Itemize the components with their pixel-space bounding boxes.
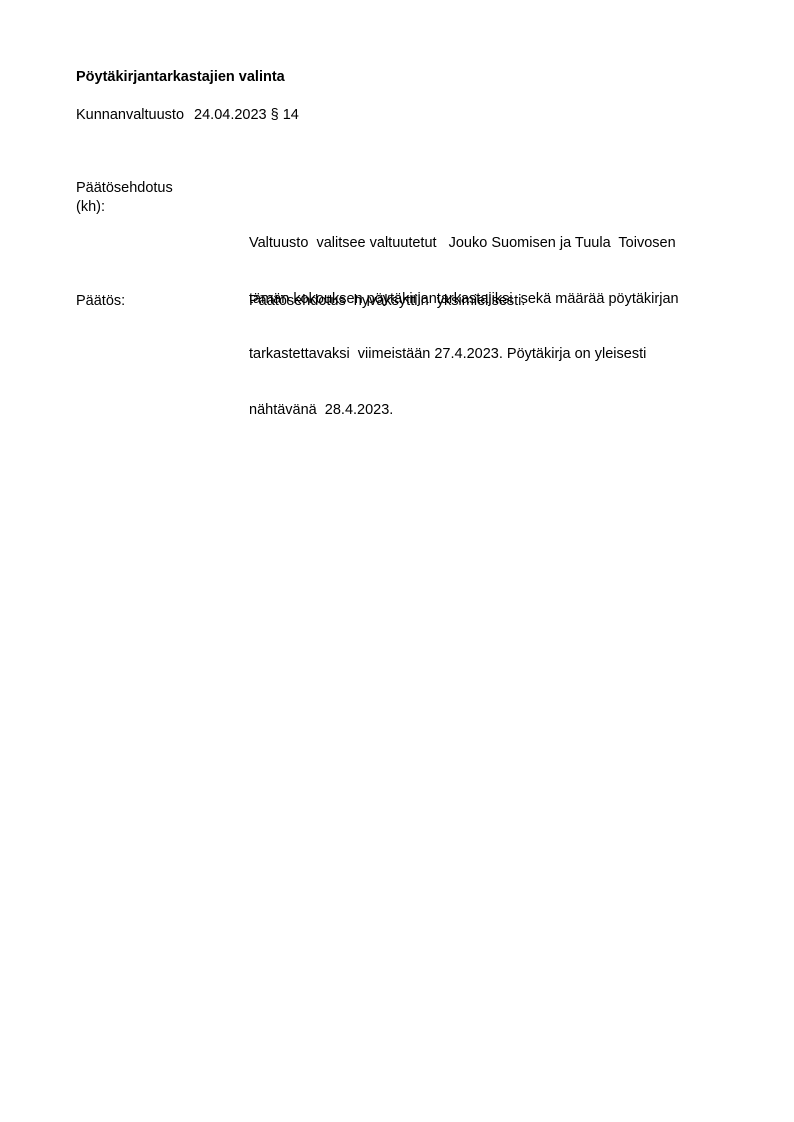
section-title: Pöytäkirjantarkastajien valinta [76,68,285,86]
meeting-body: Kunnanvaltuusto [76,107,184,123]
proposal-label: Päätösehdotus (kh): [76,179,173,216]
proposal-text-line: nähtävänä 28.4.2023. [249,401,679,420]
meeting-date-section: 24.04.2023 § 14 [194,107,299,123]
document-page: Pöytäkirjantarkastajien valinta Kunnanva… [0,0,794,1122]
proposal-label-line1: Päätösehdotus [76,179,173,198]
decision-label: Päätös: [76,292,125,311]
proposal-text-line: Valtuusto valitsee valtuutetut Jouko Suo… [249,234,679,253]
proposal-text-line: tarkastettavaksi viimeistään 27.4.2023. … [249,345,679,364]
proposal-text: Valtuusto valitsee valtuutetut Jouko Suo… [249,197,679,456]
meeting-info: Kunnanvaltuusto24.04.2023 § 14 [76,106,299,124]
proposal-label-line2: (kh): [76,198,173,217]
decision-text: Päätösehdotus hyväksyttiin yksimielisest… [249,292,525,311]
